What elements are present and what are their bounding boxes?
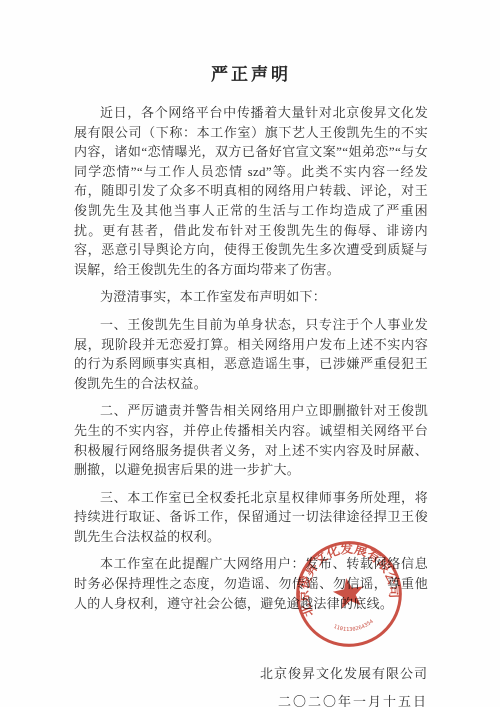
statement-paragraph-6: 本工作室在此提醒广大网络用户：发布、转载网络信息时务必保持理性之态度，勿造谣、勿… <box>74 554 428 613</box>
signature-company: 北京俊昇文化发展有限公司 <box>74 663 428 682</box>
statement-paragraph-2: 为澄清事实，本工作室发布声明如下： <box>74 287 428 307</box>
seal-number-arc: 1101130264354 <box>332 617 376 636</box>
statement-paragraph-3: 一、王俊凯先生目前为单身状态，只专注于个人事业发展，现阶段并无恋爱打算。相关网络… <box>74 315 428 393</box>
seal-number-text: 1101130264354 <box>332 617 376 636</box>
signature-date: 二〇二〇年一月十五日 <box>74 691 428 707</box>
statement-title: 严正声明 <box>74 60 428 85</box>
document-page: 严正声明 近日，各个网络平台中传播着大量针对北京俊昇文化发展有限公司（下称：本工… <box>0 0 500 707</box>
signature-block: 北京俊昇文化发展有限公司 二〇二〇年一月十五日 <box>74 663 428 707</box>
statement-paragraph-1: 近日，各个网络平台中传播着大量针对北京俊昇文化发展有限公司（下称：本工作室）旗下… <box>74 103 428 279</box>
statement-paragraph-4: 二、严厉谴责并警告相关网络用户立即删撤针对王俊凯先生的不实内容，并停止传播相关内… <box>74 401 428 479</box>
statement-paragraph-5: 三、本工作室已全权委托北京星权律师事务所处理，将持续进行取证、备诉工作，保留通过… <box>74 488 428 547</box>
